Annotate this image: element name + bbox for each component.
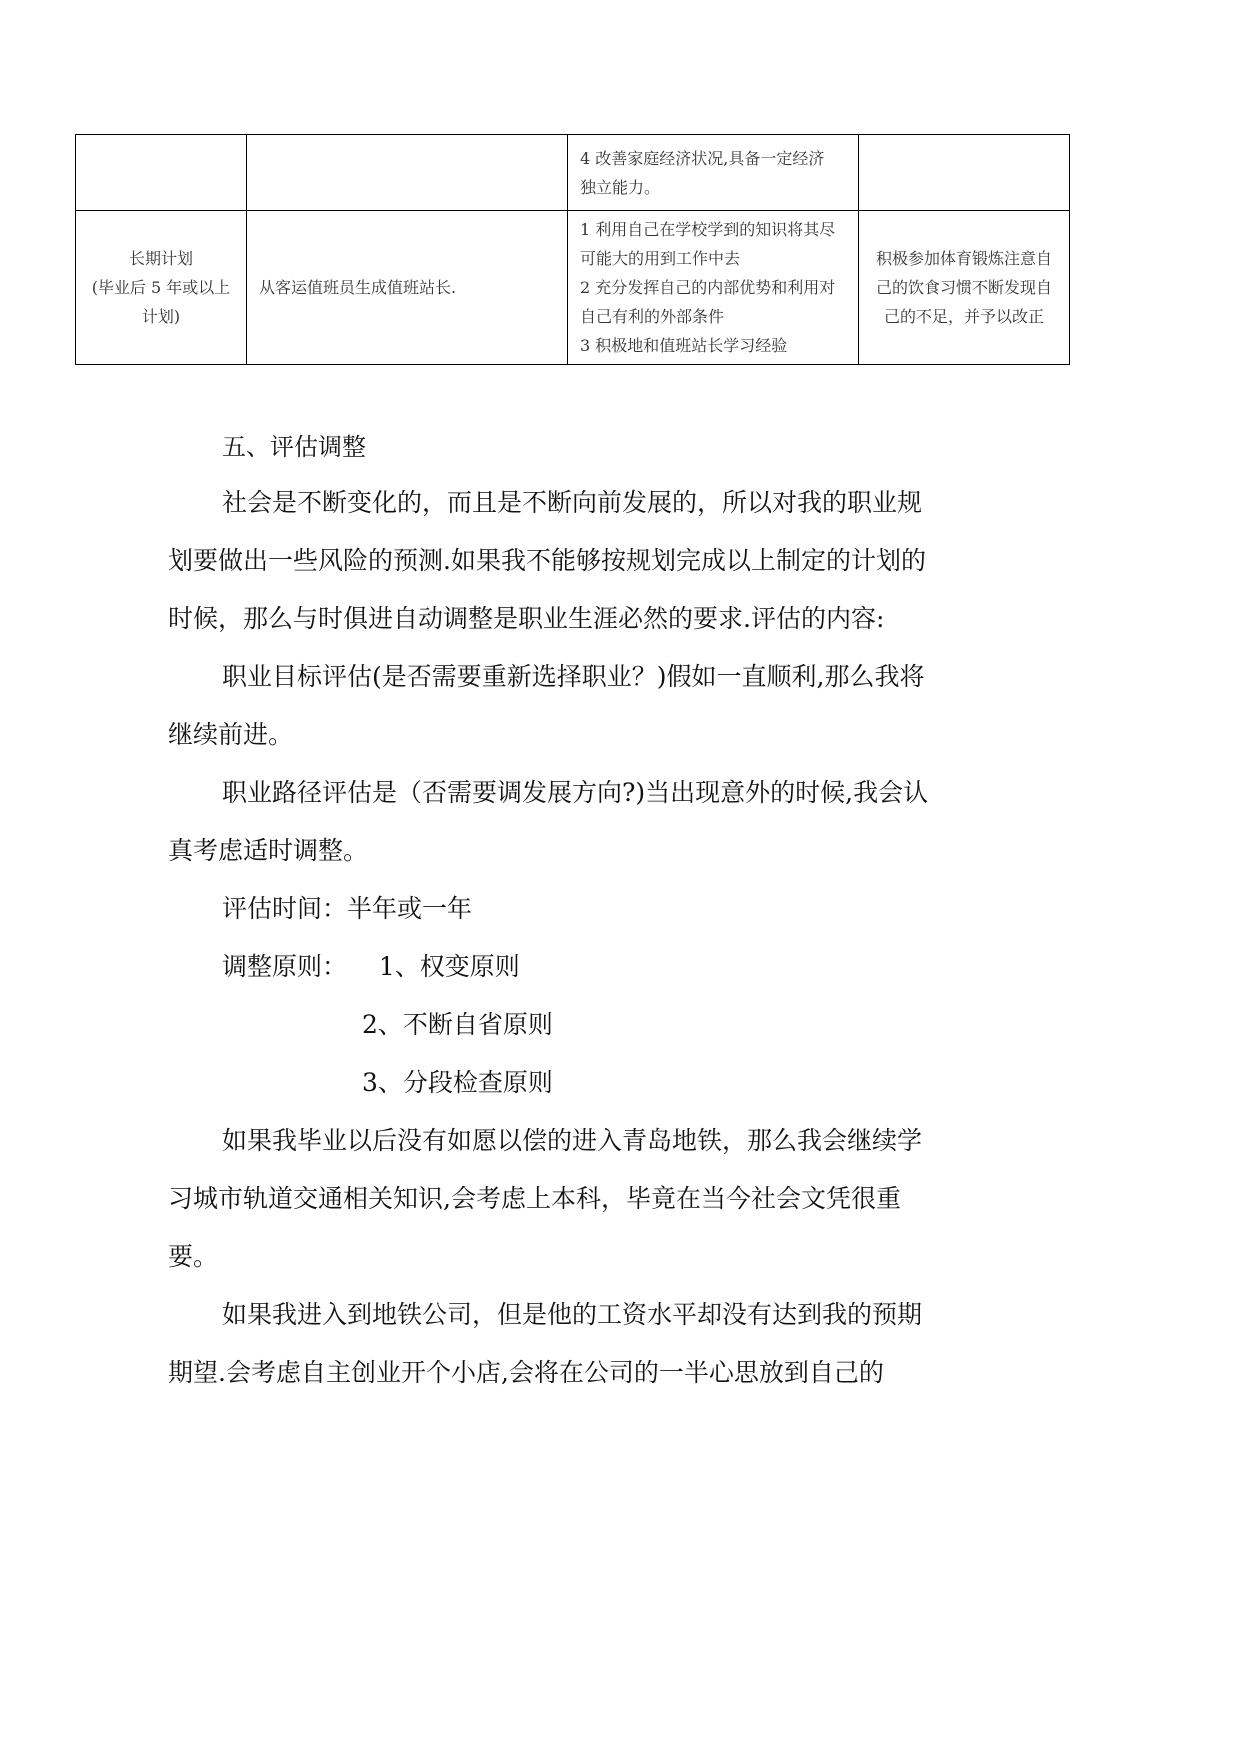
table-cell — [859, 135, 1070, 211]
principles-line: 调整原则： 1、权变原则 — [168, 938, 943, 996]
cell-line: 4 改善家庭经济状况,具备一定经济 — [580, 144, 846, 173]
cell-line: 长期计划 — [88, 244, 234, 273]
paragraph: 如果我进入到地铁公司，但是他的工资水平却没有达到我的预期期望.会考虑自主创业开个… — [168, 1286, 943, 1402]
section-heading: 五、评估调整 — [222, 427, 366, 462]
section-body: 社会是不断变化的，而且是不断向前发展的，所以对我的职业规划要做出一些风险的预测.… — [168, 474, 943, 1402]
table-row: 4 改善家庭经济状况,具备一定经济 独立能力。 — [76, 135, 1070, 211]
paragraph: 职业路径评估是（否需要调发展方向?)当出现意外的时候,我会认真考虑适时调整。 — [168, 764, 943, 880]
paragraph: 职业目标评估(是否需要重新选择职业？)假如一直顺利,那么我将继续前进。 — [168, 648, 943, 764]
cell-line: (毕业后 5 年或以上 — [88, 273, 234, 302]
cell-line: 独立能力。 — [580, 173, 846, 202]
paragraph: 社会是不断变化的，而且是不断向前发展的，所以对我的职业规划要做出一些风险的预测.… — [168, 474, 943, 648]
principle-item: 1、权变原则 — [379, 952, 520, 981]
notes-cell: 积极参加体育锻炼注意自 己的饮食习惯不断发现自 己的不足，并予以改正 — [859, 211, 1070, 365]
plan-period-cell: 长期计划 (毕业后 5 年或以上 计划) — [76, 211, 247, 365]
cell-line: 己的饮食习惯不断发现自 — [871, 273, 1057, 302]
table-cell — [76, 135, 247, 211]
eval-time: 评估时间：半年或一年 — [168, 880, 943, 938]
cell-line: 1 利用自己在学校学到的知识将其尽 — [580, 215, 846, 244]
table-cell: 4 改善家庭经济状况,具备一定经济 独立能力。 — [568, 135, 859, 211]
paragraph: 如果我毕业以后没有如愿以偿的进入青岛地铁，那么我会继续学习城市轨道交通相关知识,… — [168, 1112, 943, 1286]
table-row: 长期计划 (毕业后 5 年或以上 计划) 从客运值班员生成值班站长. 1 利用自… — [76, 211, 1070, 365]
cell-line: 3 积极地和值班站长学习经验 — [580, 331, 846, 360]
cell-line: 2 充分发挥自己的内部优势和利用对 — [580, 273, 846, 302]
cell-line: 可能大的用到工作中去 — [580, 244, 846, 273]
cell-line: 己的不足，并予以改正 — [871, 302, 1057, 331]
cell-line: 积极参加体育锻炼注意自 — [871, 244, 1057, 273]
career-plan-table: 4 改善家庭经济状况,具备一定经济 独立能力。 长期计划 (毕业后 5 年或以上… — [75, 134, 1070, 365]
goal-cell: 从客运值班员生成值班站长. — [247, 211, 568, 365]
cell-line: 自己有利的外部条件 — [580, 302, 846, 331]
cell-line: 计划) — [88, 302, 234, 331]
principle-item: 3、分段检查原则 — [168, 1054, 943, 1112]
measures-cell: 1 利用自己在学校学到的知识将其尽 可能大的用到工作中去 2 充分发挥自己的内部… — [568, 211, 859, 365]
table-cell — [247, 135, 568, 211]
principles-label: 调整原则： — [222, 952, 347, 981]
principle-item: 2、不断自省原则 — [168, 996, 943, 1054]
